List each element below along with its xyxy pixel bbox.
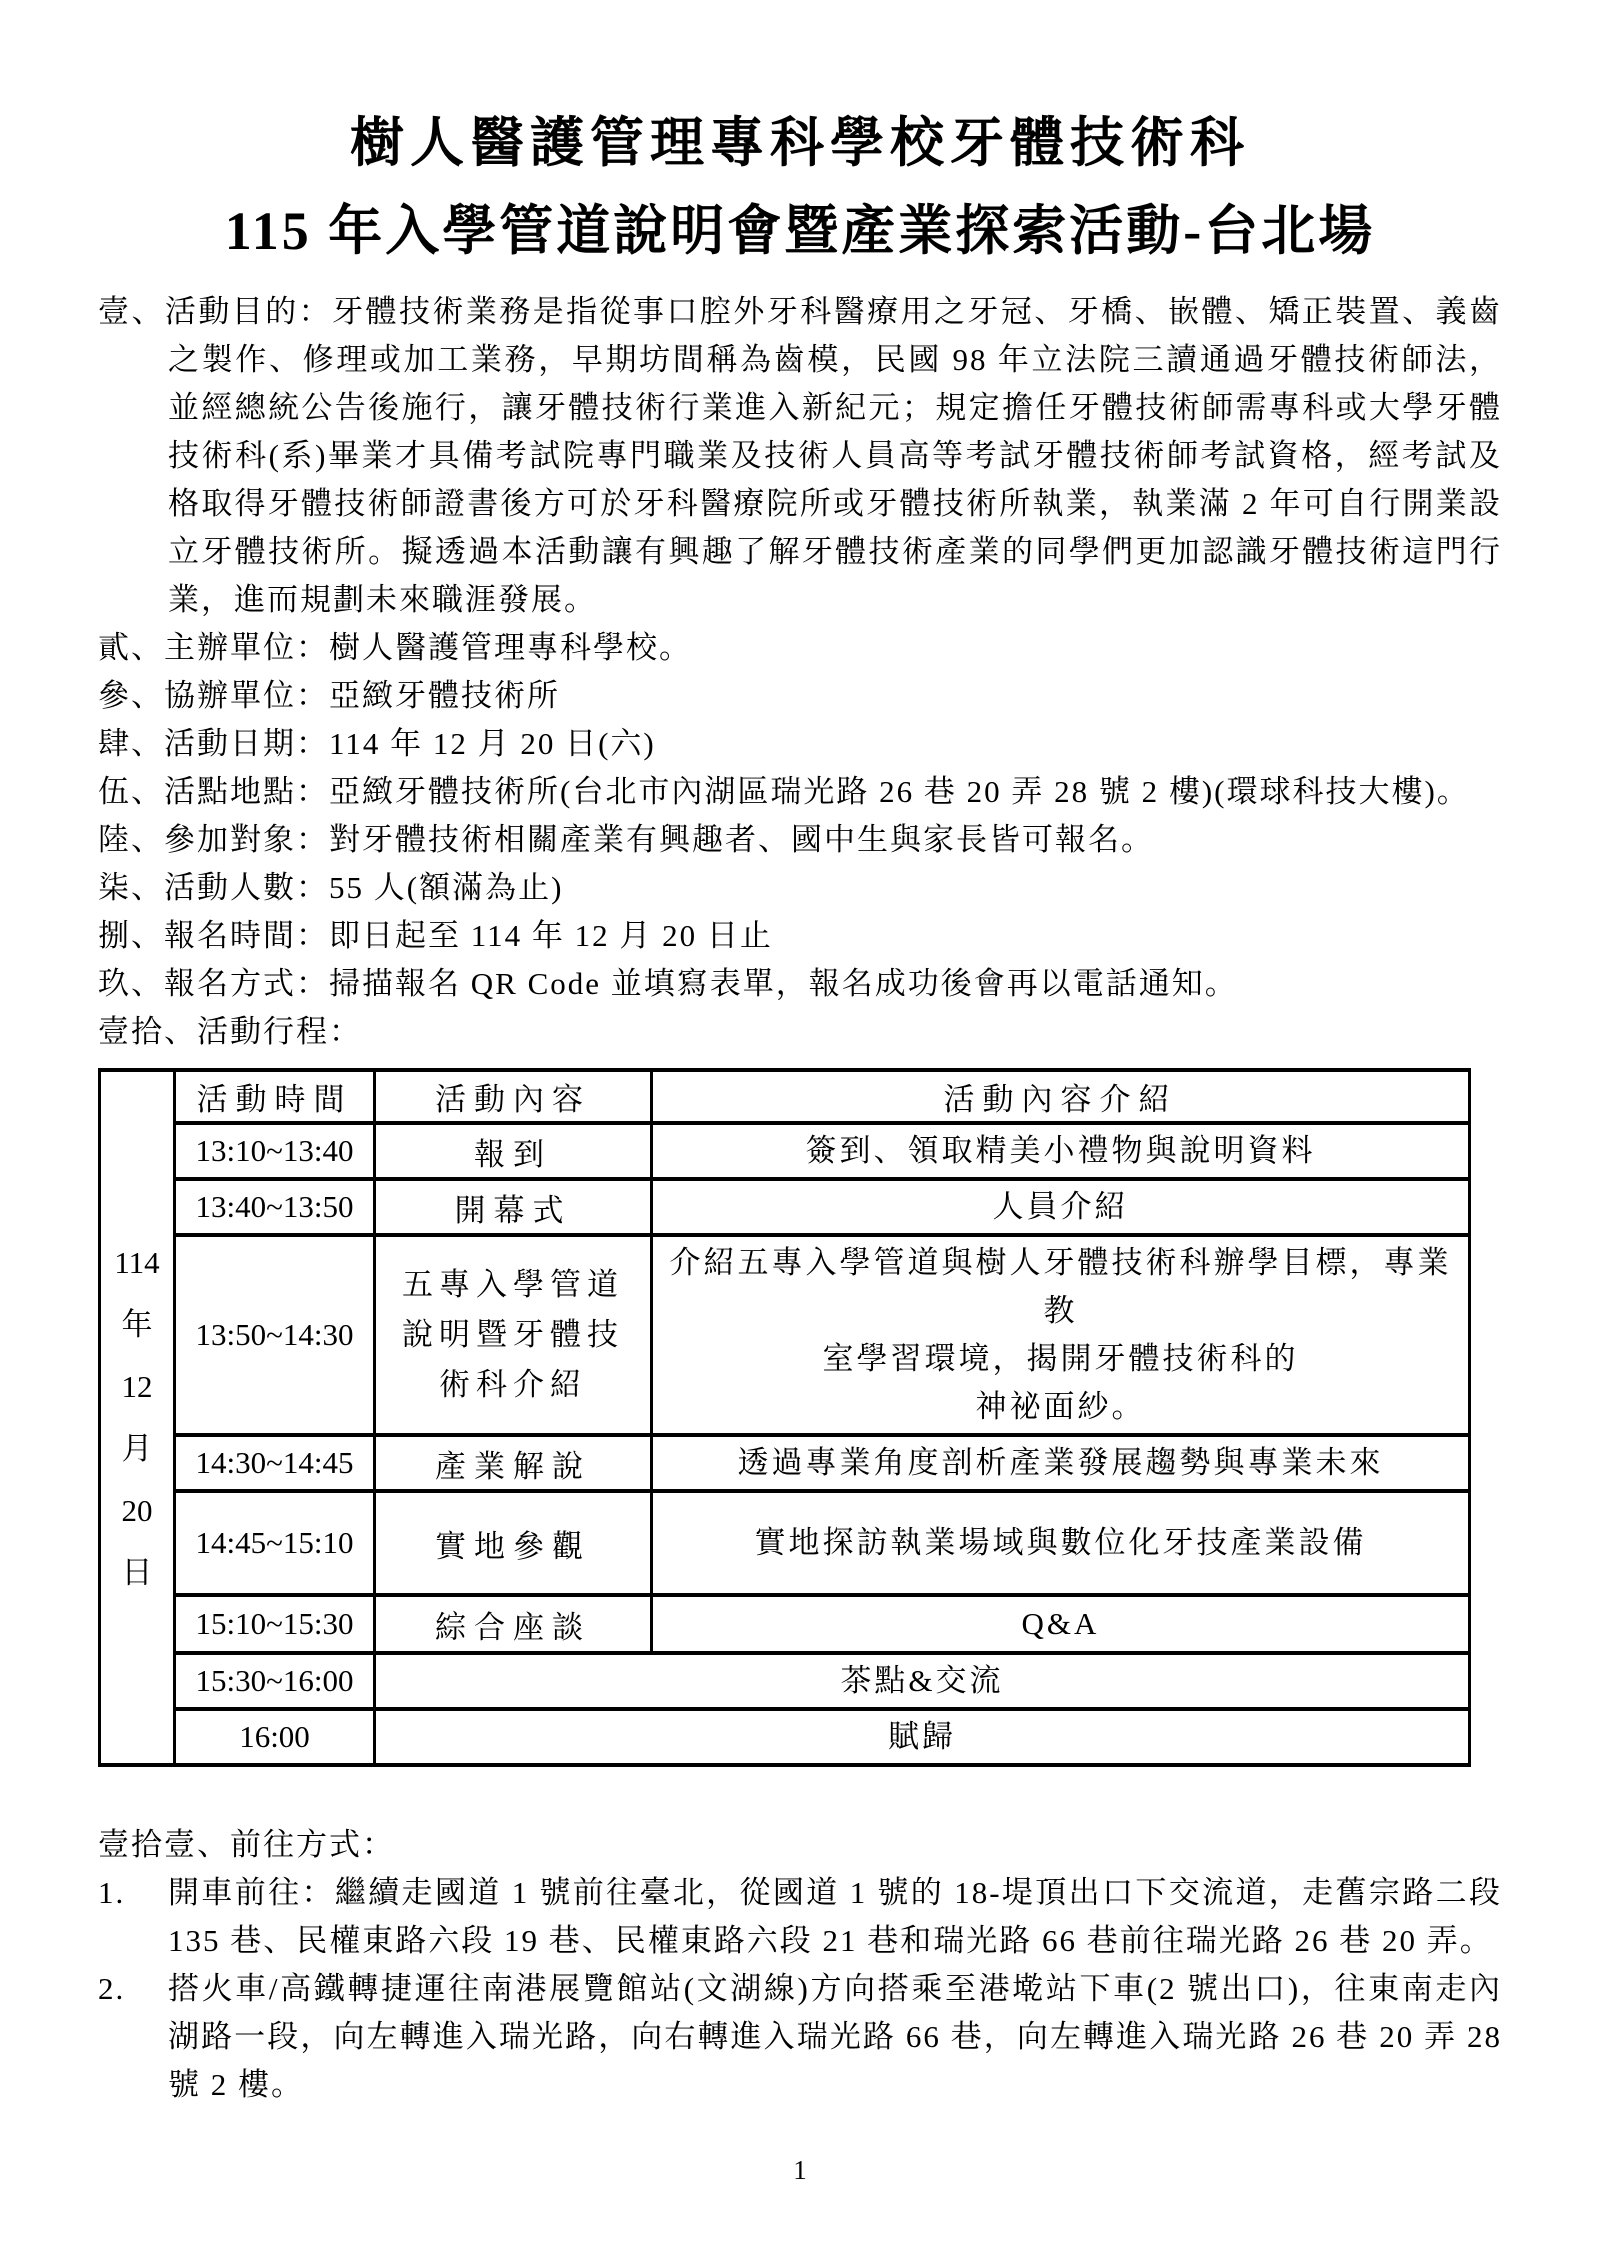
cell-content: 報到 [375, 1123, 652, 1179]
cell-content: 綜合座談 [375, 1595, 652, 1653]
section-registration-method: 玖、報名方式：掃描報名 QR Code 並填寫表單，報名成功後會再以電話通知。 [98, 960, 1502, 1008]
document-title-line1: 樹人醫護管理專科學校牙體技術科 [98, 112, 1502, 174]
section-organizer: 貳、主辦單位：樹人醫護管理專科學校。 [98, 624, 1502, 672]
section-capacity: 柒、活動人數：55 人(額滿為止) [98, 864, 1502, 912]
section-target-audience: 陸、參加對象：對牙體技術相關產業有興趣者、國中生與家長皆可報名。 [98, 816, 1502, 864]
section-event-date: 肆、活動日期：114 年 12 月 20 日(六) [98, 720, 1502, 768]
schedule-table: 114 年 12 月 20 日 活動時間 活動內容 活動內容介紹 13:10~1… [98, 1068, 1471, 1767]
table-row-industry-talk: 14:30~14:45 產業解說 透過專業角度剖析產業發展趨勢與專業未來 [100, 1435, 1470, 1491]
numbered-sections: 壹、活動目的：牙體技術業務是指從事口腔外牙科醫療用之牙冠、牙橋、嵌體、矯正裝置、… [98, 288, 1502, 1056]
table-row-opening: 13:40~13:50 開幕式 人員介紹 [100, 1179, 1470, 1235]
table-header-description: 活動內容介紹 [652, 1070, 1470, 1123]
cell-description: Q&A [652, 1595, 1470, 1653]
travel-item-number: 1. [98, 1869, 168, 1965]
cell-time: 13:50~14:30 [175, 1235, 375, 1435]
section-schedule-heading: 壹拾、活動行程： [98, 1008, 1502, 1056]
section-co-organizer: 參、協辦單位：亞緻牙體技術所 [98, 672, 1502, 720]
cell-time: 14:30~14:45 [175, 1435, 375, 1491]
table-date-cell: 114 年 12 月 20 日 [100, 1070, 175, 1765]
document-title-line2: 115 年入學管道說明會暨產業探索活動-台北場 [98, 200, 1502, 262]
table-row-panel: 15:10~15:30 綜合座談 Q&A [100, 1595, 1470, 1653]
cell-description: 簽到、領取精美小禮物與說明資料 [652, 1123, 1470, 1179]
travel-item-driving: 1. 開車前往：繼續走國道 1 號前往臺北，從國道 1 號的 18-堤頂出口下交… [98, 1869, 1502, 1965]
document-page: 樹人醫護管理專科學校牙體技術科 115 年入學管道說明會暨產業探索活動-台北場 … [0, 0, 1600, 2263]
table-row-site-visit: 14:45~15:10 實地參觀 實地探訪執業場域與數位化牙技產業設備 [100, 1491, 1470, 1595]
table-row-departure: 16:00 賦歸 [100, 1709, 1470, 1765]
cell-description: 透過專業角度剖析產業發展趨勢與專業未來 [652, 1435, 1470, 1491]
cell-time: 13:10~13:40 [175, 1123, 375, 1179]
table-row-tea-break: 15:30~16:00 茶點&交流 [100, 1653, 1470, 1709]
table-header-row: 114 年 12 月 20 日 活動時間 活動內容 活動內容介紹 [100, 1070, 1470, 1123]
cell-content: 五專入學管道說明暨牙體技術科介紹 [375, 1235, 652, 1435]
cell-merged: 賦歸 [375, 1709, 1470, 1765]
cell-description: 實地探訪執業場域與數位化牙技產業設備 [652, 1491, 1470, 1595]
cell-time: 14:45~15:10 [175, 1491, 375, 1595]
travel-item-text: 開車前往：繼續走國道 1 號前往臺北，從國道 1 號的 18-堤頂出口下交流道，… [168, 1869, 1502, 1965]
travel-item-text: 搭火車/高鐵轉捷運往南港展覽館站(文湖線)方向搭乘至港墘站下車(2 號出口)，往… [168, 1965, 1502, 2109]
cell-time: 16:00 [175, 1709, 375, 1765]
section-activity-purpose: 壹、活動目的：牙體技術業務是指從事口腔外牙科醫療用之牙冠、牙橋、嵌體、矯正裝置、… [98, 288, 1502, 624]
travel-item-number: 2. [98, 1965, 168, 2109]
cell-time: 13:40~13:50 [175, 1179, 375, 1235]
cell-description: 介紹五專入學管道與樹人牙體技術科辦學目標，專業教 室學習環境，揭開牙體技術科的 … [652, 1235, 1470, 1435]
cell-content: 開幕式 [375, 1179, 652, 1235]
page-number: 1 [98, 2155, 1502, 2186]
travel-section-heading: 壹拾壹、前往方式： [98, 1821, 1502, 1869]
table-row-checkin: 13:10~13:40 報到 簽到、領取精美小禮物與說明資料 [100, 1123, 1470, 1179]
section-registration-period: 捌、報名時間：即日起至 114 年 12 月 20 日止 [98, 912, 1502, 960]
section-event-location: 伍、活點地點：亞緻牙體技術所(台北市內湖區瑞光路 26 巷 20 弄 28 號 … [98, 768, 1502, 816]
cell-content: 實地參觀 [375, 1491, 652, 1595]
table-row-admission-intro: 13:50~14:30 五專入學管道說明暨牙體技術科介紹 介紹五專入學管道與樹人… [100, 1235, 1470, 1435]
cell-time: 15:30~16:00 [175, 1653, 375, 1709]
cell-merged: 茶點&交流 [375, 1653, 1470, 1709]
table-header-time: 活動時間 [175, 1070, 375, 1123]
cell-content: 產業解說 [375, 1435, 652, 1491]
cell-time: 15:10~15:30 [175, 1595, 375, 1653]
travel-item-transit: 2. 搭火車/高鐵轉捷運往南港展覽館站(文湖線)方向搭乘至港墘站下車(2 號出口… [98, 1965, 1502, 2109]
table-header-content: 活動內容 [375, 1070, 652, 1123]
cell-description: 人員介紹 [652, 1179, 1470, 1235]
